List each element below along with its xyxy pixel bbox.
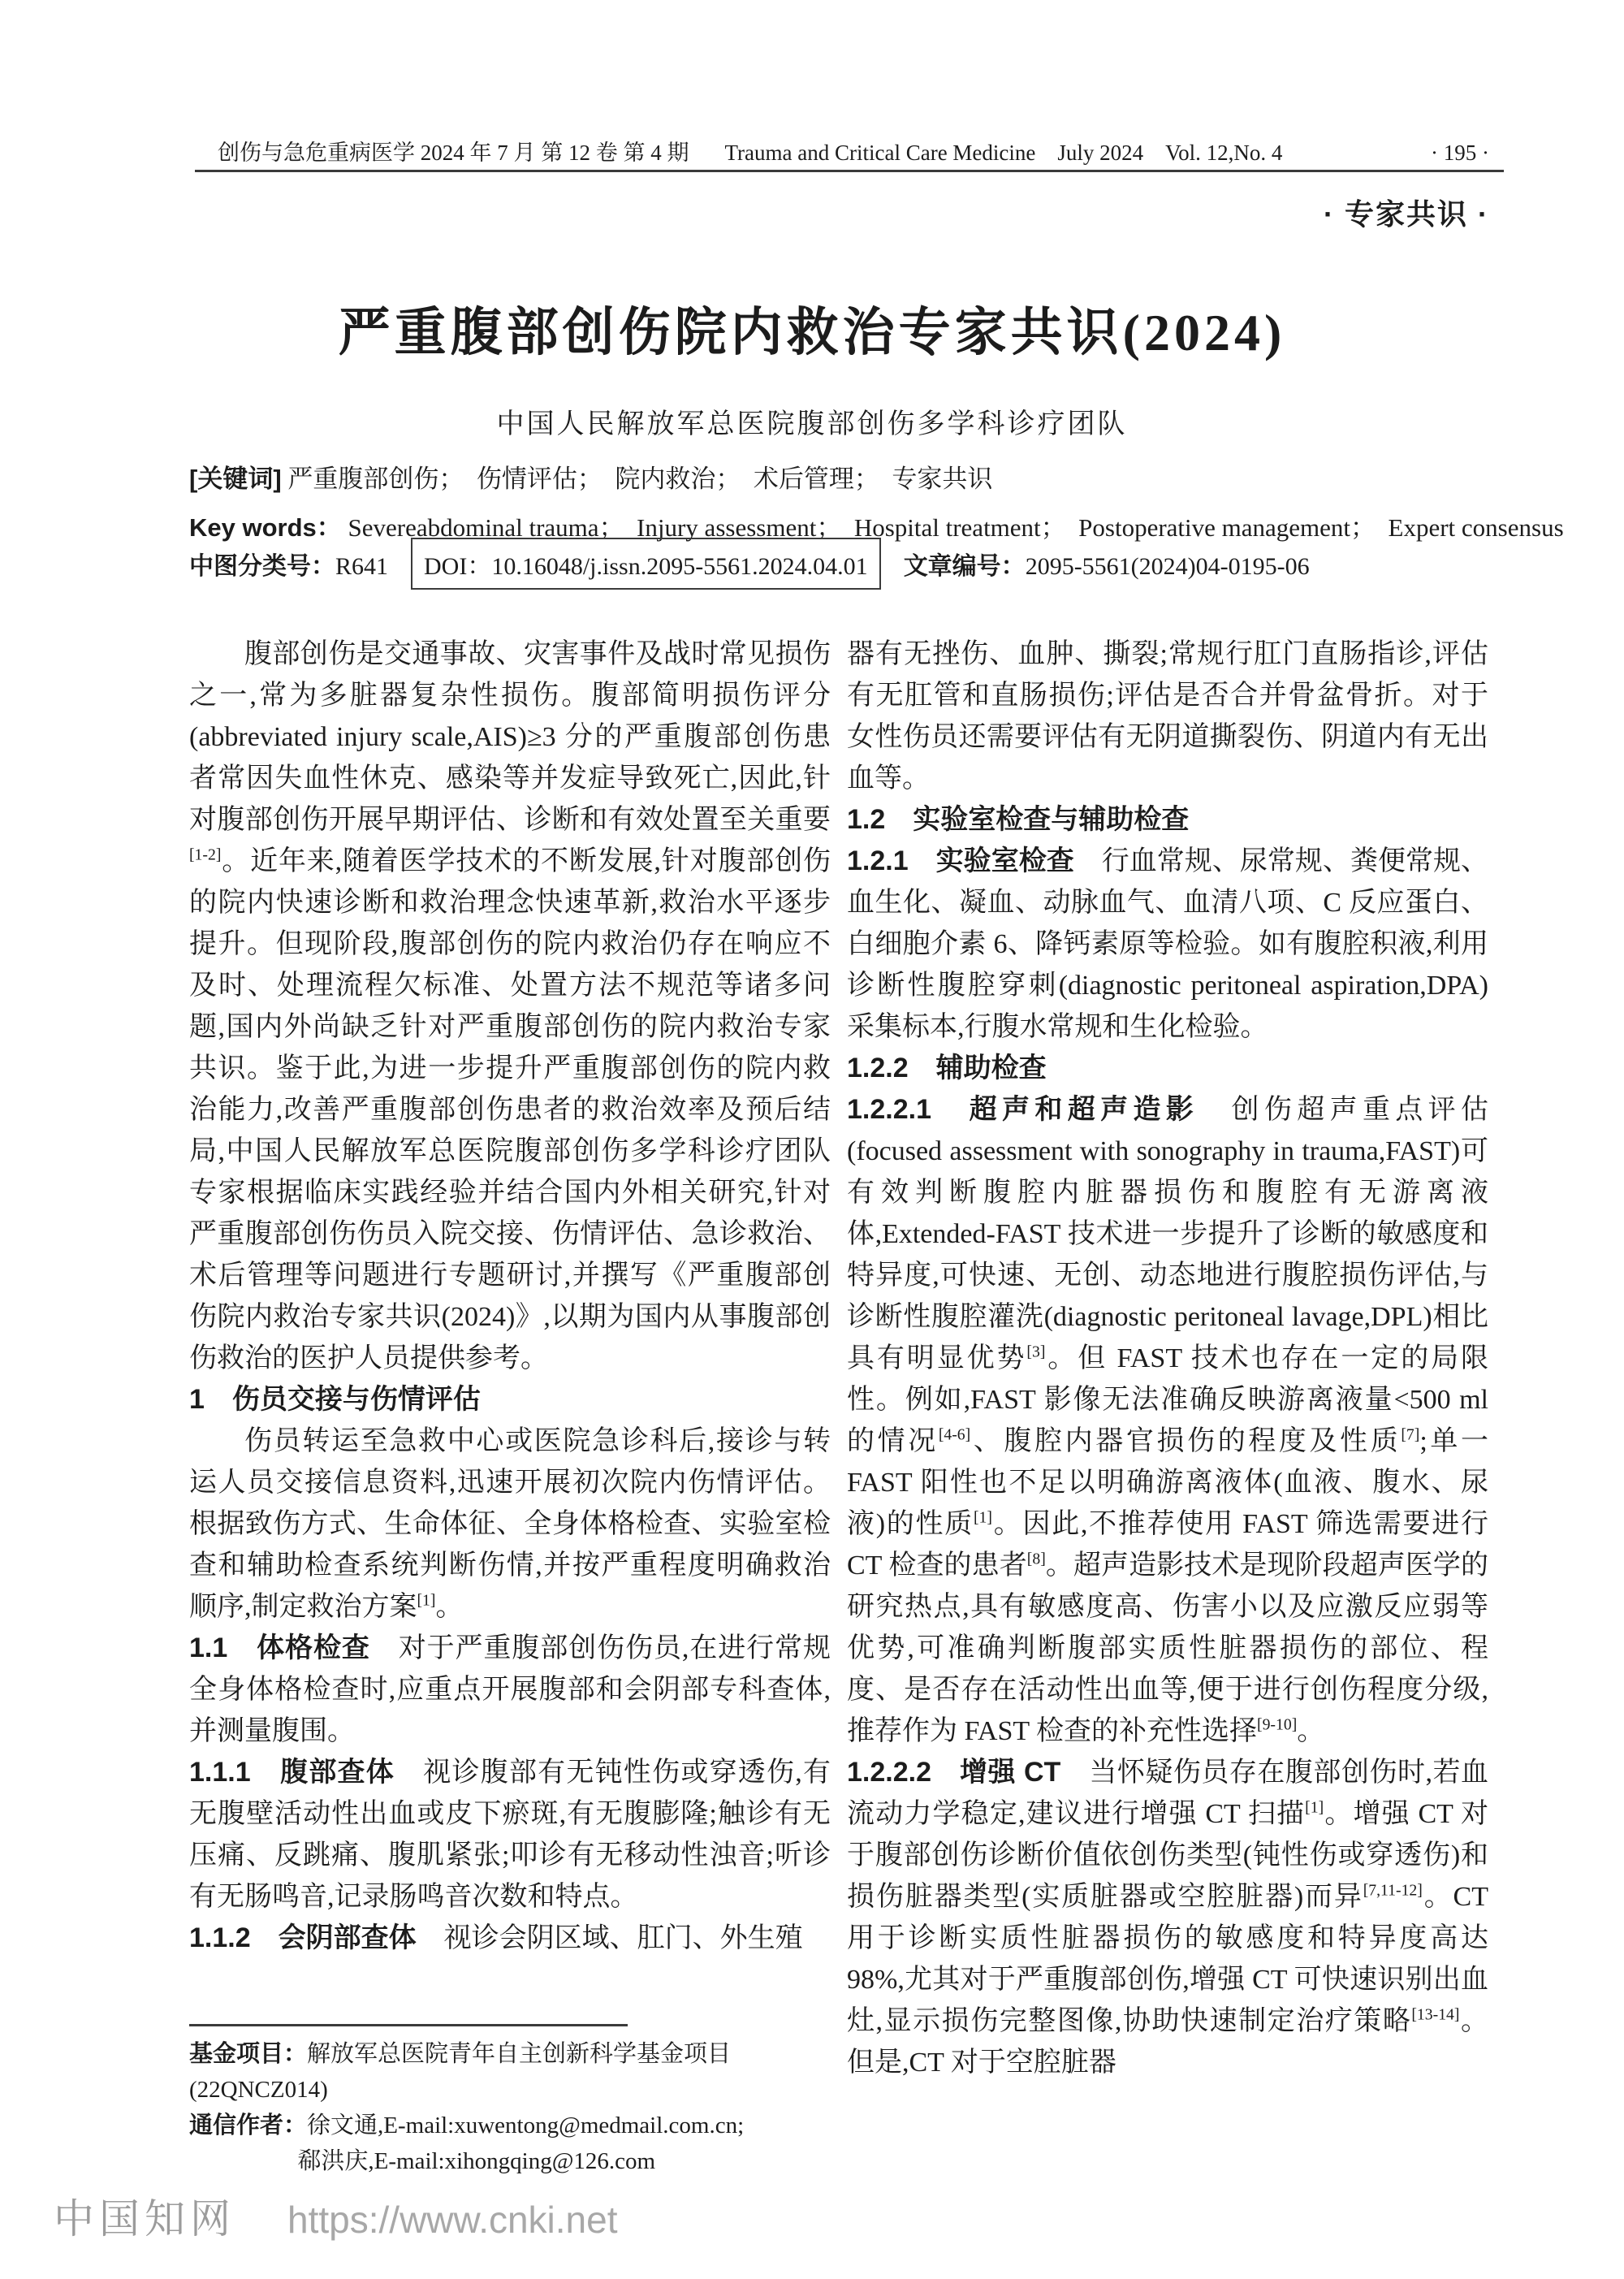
corresponding-author-line-1: 通信作者：徐文通,E-mail:xuwentong@medmail.com.cn…: [189, 2108, 847, 2143]
clc-item: 中图分类号：R641: [189, 546, 388, 582]
section-1-2-1-paragraph: 1.2.1 实验室检查 行血常规、尿常规、粪便常规、血生化、凝血、动脉血气、血清…: [847, 841, 1488, 1048]
clc-value: R641: [335, 553, 388, 580]
section-1-2-2-1-paragraph: 1.2.2.1 超声和超声造影 创伤超声重点评估(focused assessm…: [847, 1089, 1488, 1752]
corresponding-author-line-2: 郗洪庆,E-mail:xihongqing@126.com: [189, 2143, 847, 2179]
page-number: · 195 ·: [1431, 141, 1489, 166]
corresponding-author-2: 郗洪庆,E-mail:xihongqing@126.com: [297, 2148, 655, 2174]
fund-label: 基金项目：: [189, 2041, 307, 2067]
article-title: 严重腹部创伤院内救治专家共识(2024): [0, 291, 1624, 365]
section-tag: · 专家共识 ·: [1324, 192, 1489, 233]
journal-page: 创伤与急危重病医学 2024 年 7 月 第 12 卷 第 4 期 Trauma…: [0, 0, 1624, 2279]
running-head: 创伤与急危重病医学 2024 年 7 月 第 12 卷 第 4 期 Trauma…: [218, 135, 1489, 166]
journal-title-cn: 创伤与急危重病医学 2024 年 7 月 第 12 卷 第 4 期: [218, 135, 689, 166]
footnote-divider: [189, 2024, 628, 2026]
continued-paragraph: 器有无挫伤、血肿、撕裂;常规行肛门直肠指诊,评估有无肛管和直肠损伤;评估是否合并…: [847, 634, 1488, 799]
fund-line: 基金项目：解放军总医院青年自主创新科学基金项目(22QNCZ014): [189, 2036, 847, 2108]
cnki-url-text: https://www.cnki.net: [287, 2198, 618, 2242]
doi-box: DOI：10.16048/j.issn.2095-5561.2024.04.01: [411, 538, 881, 590]
meta-line: 中图分类号：R641 DOI：10.16048/j.issn.2095-5561…: [189, 538, 1488, 590]
section-1-1-1-paragraph: 1.1.1 腹部查体 视诊腹部有无钝性伤或穿透伤,有无腹壁活动性出血或皮下瘀斑,…: [189, 1752, 831, 1918]
running-head-left: 创伤与急危重病医学 2024 年 7 月 第 12 卷 第 4 期 Trauma…: [218, 135, 1282, 166]
left-column: 腹部创伤是交通事故、灾害事件及战时常见损伤之一,常为多脏器复杂性损伤。腹部简明损…: [189, 634, 831, 1959]
header-divider: [195, 170, 1504, 172]
corresponding-author-label: 通信作者：: [189, 2113, 307, 2138]
cnki-watermark: 中国知网 https://www.cnki.net: [54, 2186, 618, 2245]
article-no-value: 2095-5561(2024)04-0195-06: [1026, 553, 1310, 580]
keywords-cn-label: [关键词]: [189, 465, 282, 493]
section-1-heading: 1 伤员交接与伤情评估: [189, 1379, 831, 1421]
intro-paragraph: 腹部创伤是交通事故、灾害事件及战时常见损伤之一,常为多脏器复杂性损伤。腹部简明损…: [189, 634, 831, 1379]
right-column: 器有无挫伤、血肿、撕裂;常规行肛门直肠指诊,评估有无肛管和直肠损伤;评估是否合并…: [847, 634, 1488, 2083]
article-no-item: 文章编号：2095-5561(2024)04-0195-06: [904, 546, 1310, 582]
journal-title-en: Trauma and Critical Care Medicine July 2…: [725, 135, 1283, 166]
section-1-2-2-heading: 1.2.2 辅助检查: [847, 1048, 1488, 1089]
corresponding-author-1: 徐文通,E-mail:xuwentong@medmail.com.cn;: [307, 2113, 744, 2138]
section-1-1-2-paragraph: 1.1.2 会阴部查体 视诊会阴区域、肛门、外生殖: [189, 1918, 831, 1959]
section-1-paragraph: 伤员转运至急救中心或医院急诊科后,接诊与转运人员交接信息资料,迅速开展初次院内伤…: [189, 1421, 831, 1628]
section-1-2-2-2-paragraph: 1.2.2.2 增强 CT 当怀疑伤员存在腹部创伤时,若血流动力学稳定,建议进行…: [847, 1752, 1488, 2083]
section-1-1-paragraph: 1.1 体格检查 对于严重腹部创伤伤员,在进行常规全身体格检查时,应重点开展腹部…: [189, 1628, 831, 1752]
keywords-cn-text: 严重腹部创伤； 伤情评估； 院内救治； 术后管理； 专家共识: [287, 465, 992, 493]
clc-label: 中图分类号：: [189, 553, 335, 580]
article-no-label: 文章编号：: [904, 553, 1026, 580]
footnote-block: 基金项目：解放军总医院青年自主创新科学基金项目(22QNCZ014) 通信作者：…: [189, 2024, 847, 2179]
section-1-2-heading: 1.2 实验室检查与辅助检查: [847, 799, 1488, 841]
keywords-cn-line: [关键词] 严重腹部创伤； 伤情评估； 院内救治； 术后管理； 专家共识: [189, 458, 1488, 495]
author-team: 中国人民解放军总医院腹部创伤多学科诊疗团队: [0, 401, 1624, 441]
cnki-brand-text: 中国知网: [54, 2186, 235, 2245]
